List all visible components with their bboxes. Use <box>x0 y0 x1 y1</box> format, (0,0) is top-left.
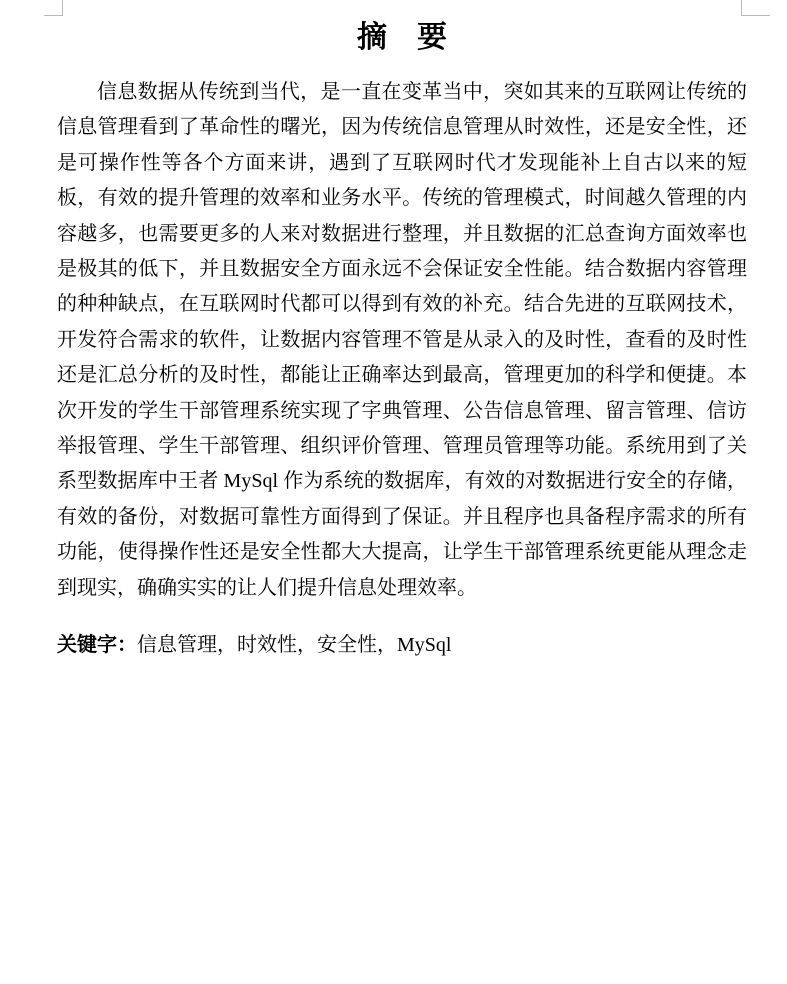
document-page: 摘 要 信息数据从传统到当代，是一直在变革当中，突如其来的互联网让传统的信息管理… <box>0 0 787 984</box>
keywords-text: 信息管理，时效性，安全性，MySql <box>137 634 451 656</box>
keywords-line: 关键字：信息管理，时效性，安全性，MySql <box>57 630 747 660</box>
margin-crop-mark-top-right <box>741 0 770 16</box>
margin-crop-mark-top-left <box>44 0 63 16</box>
abstract-paragraph: 信息数据从传统到当代，是一直在变革当中，突如其来的互联网让传统的信息管理看到了革… <box>57 75 747 606</box>
page-content: 摘 要 信息数据从传统到当代，是一直在变革当中，突如其来的互联网让传统的信息管理… <box>57 15 747 660</box>
page-title: 摘 要 <box>57 15 747 61</box>
keywords-label: 关键字： <box>57 634 137 656</box>
